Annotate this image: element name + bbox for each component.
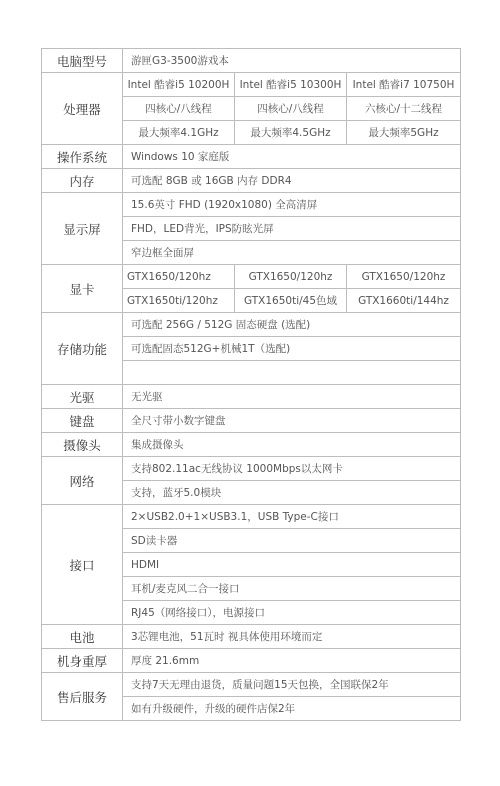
label-model: 电脑型号 (42, 49, 123, 73)
processor-cell: Intel 酷睿i7 10750H (347, 73, 461, 97)
processor-cell: 最大频率4.5GHz (235, 121, 347, 145)
label-keyboard: 键盘 (42, 409, 123, 433)
row-model: 电脑型号 游匣G3-3500游戏本 (42, 49, 461, 73)
label-body: 机身重厚 (42, 649, 123, 673)
value-network: 支持802.11ac无线协议 1000Mbps以太网卡 (123, 457, 461, 481)
gpu-cell: GTX1650/120hz (235, 265, 347, 289)
value-battery: 3芯锂电池，51瓦时 视具体使用环境而定 (123, 625, 461, 649)
processor-cell: 四核心/八线程 (235, 97, 347, 121)
label-memory: 内存 (42, 169, 123, 193)
value-ports: 耳机/麦克风二合一接口 (123, 577, 461, 601)
row-ports-1: 接口 2×USB2.0+1×USB3.1，USB Type-C接口 (42, 505, 461, 529)
gpu-cell: GTX1650/120hz (347, 265, 461, 289)
value-service: 支持7天无理由退货，质量问题15天包换，全国联保2年 (123, 673, 461, 697)
row-service-1: 售后服务 支持7天无理由退货，质量问题15天包换，全国联保2年 (42, 673, 461, 697)
processor-cell: Intel 酷睿i5 10300H (235, 73, 347, 97)
value-camera: 集成摄像头 (123, 433, 461, 457)
row-body: 机身重厚 厚度 21.6mm (42, 649, 461, 673)
gpu-cell: GTX1650/120hz (123, 265, 235, 289)
value-os: Windows 10 家庭版 (123, 145, 461, 169)
processor-cell: 四核心/八线程 (123, 97, 235, 121)
value-service: 如有升级硬件，升级的硬件店保2年 (123, 697, 461, 721)
label-gpu: 显卡 (42, 265, 123, 313)
label-battery: 电池 (42, 625, 123, 649)
row-storage-1: 存储功能 可选配 256G / 512G 固态硬盘 (选配) (42, 313, 461, 337)
label-network: 网络 (42, 457, 123, 505)
value-memory: 可选配 8GB 或 16GB 内存 DDR4 (123, 169, 461, 193)
value-storage-empty (123, 361, 461, 385)
row-memory: 内存 可选配 8GB 或 16GB 内存 DDR4 (42, 169, 461, 193)
value-model: 游匣G3-3500游戏本 (123, 49, 461, 73)
value-ports: SD读卡器 (123, 529, 461, 553)
value-ports: RJ45（网络接口），电源接口 (123, 601, 461, 625)
spec-table: 电脑型号 游匣G3-3500游戏本 处理器 Intel 酷睿i5 10200H … (41, 48, 461, 721)
row-optical: 光驱 无光驱 (42, 385, 461, 409)
label-display: 显示屏 (42, 193, 123, 265)
label-optical: 光驱 (42, 385, 123, 409)
row-battery: 电池 3芯锂电池，51瓦时 视具体使用环境而定 (42, 625, 461, 649)
value-optical: 无光驱 (123, 385, 461, 409)
row-keyboard: 键盘 全尺寸带小数字键盘 (42, 409, 461, 433)
processor-cell: 六核心/十二线程 (347, 97, 461, 121)
value-display: FHD，LED背光，IPS防眩光屏 (123, 217, 461, 241)
value-ports: 2×USB2.0+1×USB3.1，USB Type-C接口 (123, 505, 461, 529)
label-ports: 接口 (42, 505, 123, 625)
label-os: 操作系统 (42, 145, 123, 169)
processor-cell: 最大频率5GHz (347, 121, 461, 145)
label-service: 售后服务 (42, 673, 123, 721)
label-camera: 摄像头 (42, 433, 123, 457)
row-network-1: 网络 支持802.11ac无线协议 1000Mbps以太网卡 (42, 457, 461, 481)
gpu-cell: GTX1650ti/45色域 (235, 289, 347, 313)
processor-cell: 最大频率4.1GHz (123, 121, 235, 145)
row-os: 操作系统 Windows 10 家庭版 (42, 145, 461, 169)
row-gpu-1: 显卡 GTX1650/120hz GTX1650/120hz GTX1650/1… (42, 265, 461, 289)
value-ports: HDMI (123, 553, 461, 577)
value-display: 15.6英寸 FHD (1920x1080) 全高清屏 (123, 193, 461, 217)
row-camera: 摄像头 集成摄像头 (42, 433, 461, 457)
value-storage: 可选配固态512G+机械1T（选配) (123, 337, 461, 361)
value-storage: 可选配 256G / 512G 固态硬盘 (选配) (123, 313, 461, 337)
row-display-1: 显示屏 15.6英寸 FHD (1920x1080) 全高清屏 (42, 193, 461, 217)
value-body: 厚度 21.6mm (123, 649, 461, 673)
label-processor: 处理器 (42, 73, 123, 145)
gpu-cell: GTX1650ti/120hz (123, 289, 235, 313)
value-network: 支持，蓝牙5.0模块 (123, 481, 461, 505)
row-processor-1: 处理器 Intel 酷睿i5 10200H Intel 酷睿i5 10300H … (42, 73, 461, 97)
processor-cell: Intel 酷睿i5 10200H (123, 73, 235, 97)
gpu-cell: GTX1660ti/144hz (347, 289, 461, 313)
value-keyboard: 全尺寸带小数字键盘 (123, 409, 461, 433)
value-display: 窄边框全面屏 (123, 241, 461, 265)
label-storage: 存储功能 (42, 313, 123, 385)
